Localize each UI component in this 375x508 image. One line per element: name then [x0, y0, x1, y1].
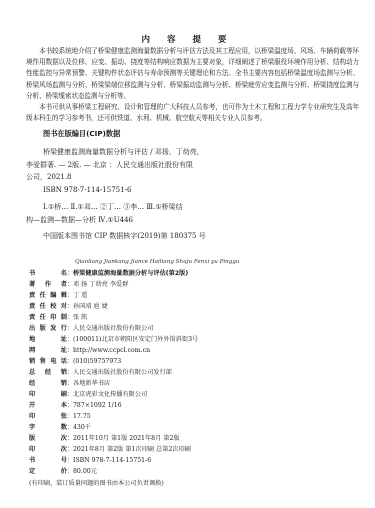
colophon-label: 网址: [29, 345, 67, 356]
colophon-row: 书号：ISBN 978-7-114-15751-6: [29, 455, 359, 466]
colophon-row: 开本：787×1092 1/16: [29, 400, 359, 411]
colophon-label: 责任校对: [29, 301, 67, 312]
colophon-label: 定价: [29, 466, 67, 477]
colophon-row: 印刷：北京虎彩文化传播有限公司: [29, 389, 359, 400]
colophon-row: 责任校对：孙国靖 扈 婕: [29, 301, 359, 312]
colophon-row: 经销：各地新华书店: [29, 378, 359, 389]
title-pinyin: Qiaoliang Jiankang Jiance Hailiang Shuju…: [75, 259, 240, 265]
cip-classification: Ⅰ.①桥… Ⅱ.①邓… ②丁… ③李… Ⅲ.①桥梁结: [26, 201, 231, 214]
colophon-label: 地址: [29, 334, 67, 345]
summary-paragraph: 本书较系统地介绍了桥梁健康监测海量数据分析与评估方法及其工程应用，以桥梁温度场、…: [26, 46, 359, 102]
colophon-value: 邓 扬 丁幼亮 李爱群: [73, 279, 128, 290]
colophon-label: 责任编辑: [29, 290, 67, 301]
cip-line: 李爱群著. — 2版. — 北京 ：人民交通出版社股份有限: [26, 159, 231, 172]
colophon-value: 人民交通出版社股份有限公司发行部: [73, 367, 172, 378]
colophon-label: 书名: [29, 268, 67, 279]
colophon: 书名：桥梁健康监测海量数据分析与评估(第2版)著作者：邓 扬 丁幼亮 李爱群责任…: [29, 268, 359, 489]
cip-classification: 构—监测—数据—分析 Ⅳ.①U446: [26, 214, 231, 227]
colophon-value: 430千: [73, 422, 91, 433]
colophon-value: (100011)北京市朝阳区安定门外外馆斜街3号: [73, 334, 198, 345]
colophon-label: 书号: [29, 455, 67, 466]
colophon-value: 人民交通出版社股份有限公司: [73, 323, 153, 334]
cip-heading: 图书在版编目(CIP)数据: [43, 129, 120, 139]
colophon-value: 孙国靖 扈 婕: [73, 301, 108, 312]
colophon-label: 字数: [29, 422, 67, 433]
colophon-label: 总经销: [29, 367, 67, 378]
colophon-row: 地址：(100011)北京市朝阳区安定门外外馆斜街3号: [29, 334, 359, 345]
colophon-value: 80.00元: [73, 466, 97, 477]
colophon-value: 北京虎彩文化传播有限公司: [73, 389, 147, 400]
colophon-value: 17.75: [73, 411, 91, 422]
colophon-value: 各地新华书店: [73, 378, 110, 389]
colophon-label: 版次: [29, 433, 67, 444]
colophon-label: 经销: [29, 378, 67, 389]
colophon-label: 责任印制: [29, 312, 67, 323]
colophon-label: 印张: [29, 411, 67, 422]
colophon-value: 丁 遥: [73, 290, 87, 301]
cip-isbn: ISBN 978-7-114-15751-6: [26, 184, 231, 197]
quality-note: (有印刷、装订质量问题的图书由本公司负责调换): [29, 478, 359, 489]
colophon-row: 网址：http://www.ccpcl.com.cn: [29, 345, 359, 356]
colophon-value: http://www.ccpcl.com.cn: [73, 345, 150, 356]
colophon-row: 印次：2021年8月 第2版 第1次印刷 总第2次印刷: [29, 444, 359, 455]
colophon-row: 定价：80.00元: [29, 466, 359, 477]
colophon-row: 版次：2011年10月 第1版 2021年8月 第2版: [29, 433, 359, 444]
colophon-row: 出版发行：人民交通出版社股份有限公司: [29, 323, 359, 334]
colophon-label: 印次: [29, 444, 67, 455]
colophon-value: ISBN 978-7-114-15751-6: [73, 455, 151, 466]
colophon-value: 2011年10月 第1版 2021年8月 第2版: [73, 433, 180, 444]
colophon-value: (010)59757973: [73, 356, 121, 367]
copyright-page: 内 容 提 要 本书较系统地介绍了桥梁健康监测海量数据分析与评估方法及其工程应用…: [0, 0, 375, 508]
colophon-value: 桥梁健康监测海量数据分析与评估(第2版): [73, 268, 188, 279]
colophon-label: 开本: [29, 400, 67, 411]
colophon-label: 销售电话: [29, 356, 67, 367]
cip-line: 桥梁健康监测海量数据分析与评估 / 邓扬，丁幼亮，: [26, 146, 231, 159]
colophon-value: 张 凯: [73, 312, 87, 323]
summary-paragraph: 本书可供从事桥梁工程研究、设计和管理的广大科技人员参考，也可作为土木工程和工程力…: [26, 102, 359, 124]
colophon-value: 787×1092 1/16: [73, 400, 122, 411]
colophon-label: 出版发行: [29, 323, 67, 334]
colophon-row: 责任编辑：丁 遥: [29, 290, 359, 301]
colophon-label: 印刷: [29, 389, 67, 400]
colophon-row: 著作者：邓 扬 丁幼亮 李爱群: [29, 279, 359, 290]
summary-title: 内 容 提 要: [0, 33, 375, 45]
colophon-row: 总经销：人民交通出版社股份有限公司发行部: [29, 367, 359, 378]
cip-record-number: 中国版本图书馆 CIP 数据核字(2019)第 180375 号: [43, 231, 206, 241]
colophon-row: 销售电话：(010)59757973: [29, 356, 359, 367]
colophon-value: 2021年8月 第2版 第1次印刷 总第2次印刷: [73, 444, 191, 455]
content-summary: 本书较系统地介绍了桥梁健康监测海量数据分析与评估方法及其工程应用，以桥梁温度场、…: [26, 46, 359, 124]
colophon-label: 著作者: [29, 279, 67, 290]
cip-line: 公司，2021.8: [26, 171, 231, 184]
colophon-row: 印张：17.75: [29, 411, 359, 422]
colophon-row: 字数：430千: [29, 422, 359, 433]
colophon-row: 责任印制：张 凯: [29, 312, 359, 323]
colophon-row: 书名：桥梁健康监测海量数据分析与评估(第2版): [29, 268, 359, 279]
cip-data: 桥梁健康监测海量数据分析与评估 / 邓扬，丁幼亮， 李爱群著. — 2版. — …: [26, 146, 231, 226]
